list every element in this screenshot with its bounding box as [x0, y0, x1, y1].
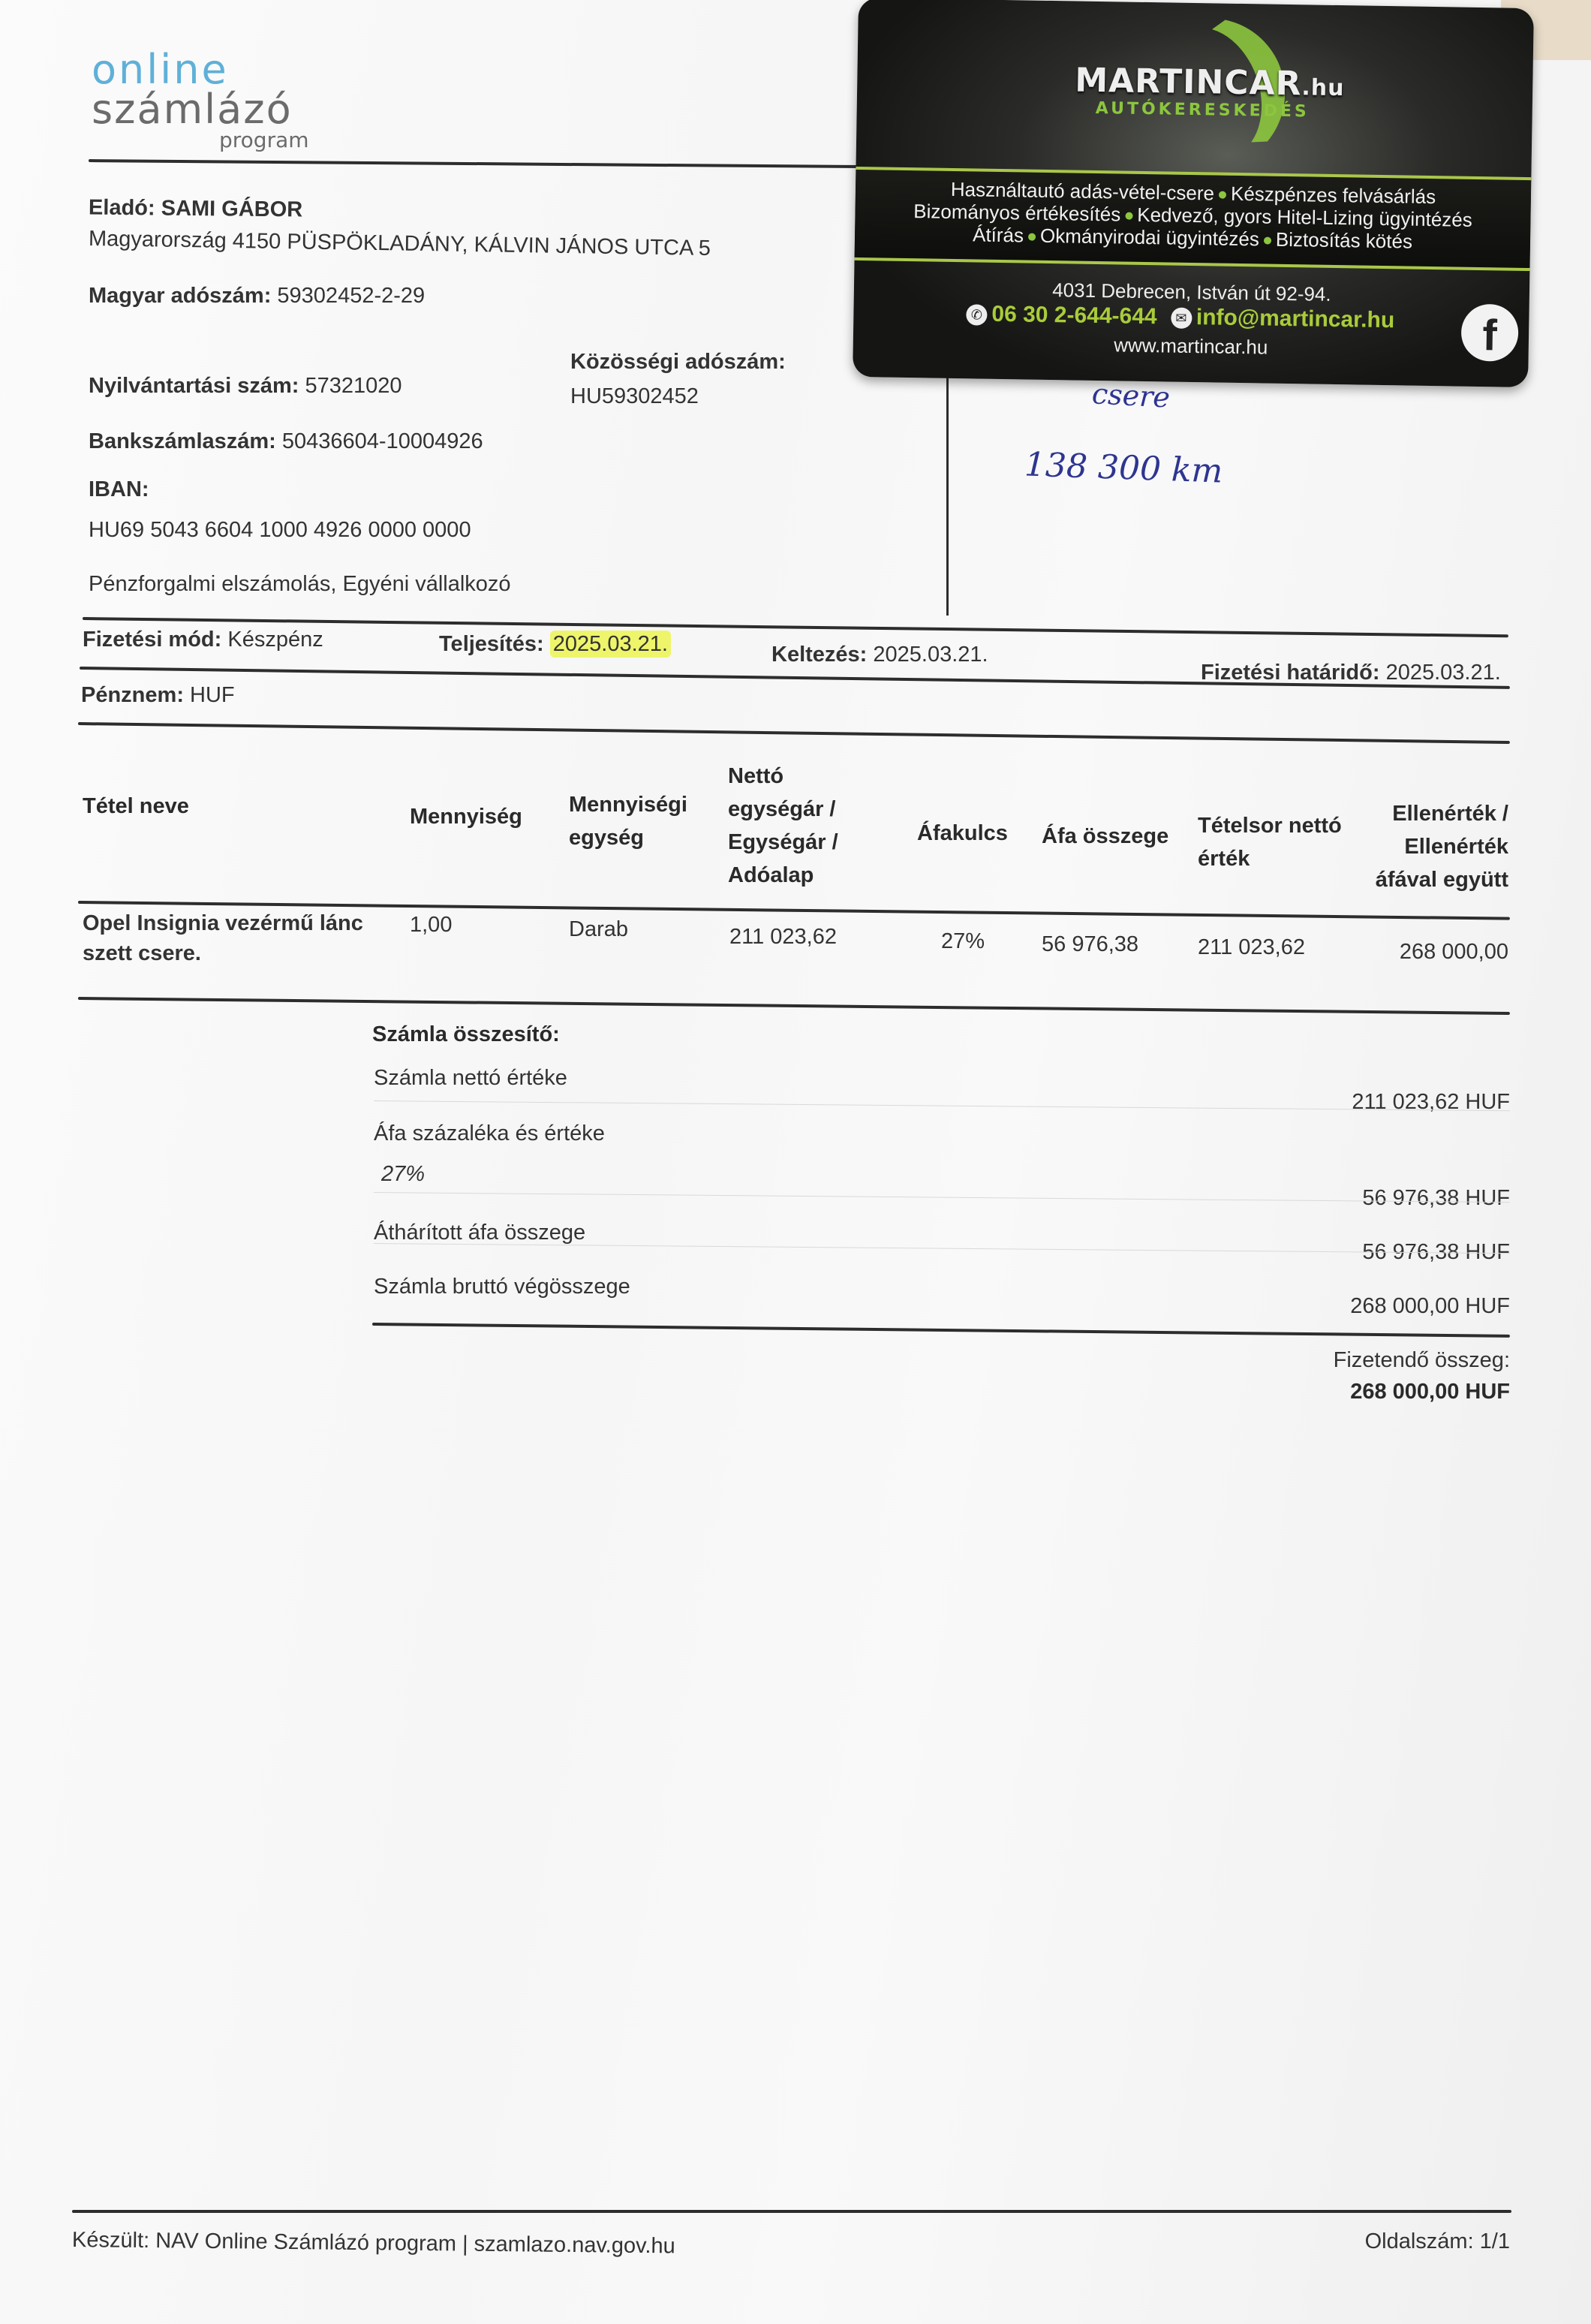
bullet-icon: [1264, 237, 1271, 245]
seller-name: Eladó: SAMI GÁBOR: [89, 196, 303, 223]
phone-icon: ✆: [966, 304, 987, 325]
fulfillment-date: Teljesítés: 2025.03.21.: [439, 632, 671, 657]
summary-net-label: Számla nettó értéke: [374, 1066, 567, 1091]
seller-eu-tax-number: HU59302452: [570, 384, 699, 409]
logo-line-szamlazo: számlázó: [92, 90, 332, 129]
issue-date: Keltezés: 2025.03.21.: [771, 643, 988, 667]
col-header-item-name: Tétel neve: [83, 790, 189, 823]
seller-buyer-divider: [946, 366, 949, 616]
payable-amount: 268 000,00 HUF: [1238, 1380, 1510, 1404]
mail-icon: ✉: [1171, 308, 1192, 329]
bullet-icon: [1125, 212, 1132, 220]
seller-iban-label: IBAN:: [89, 477, 149, 502]
summary-gross-label: Számla bruttó végösszege: [374, 1275, 630, 1299]
item-name: Opel Insignia vezérmű lánc szett csere.: [83, 908, 398, 968]
item-unit-price: 211 023,62: [729, 925, 837, 950]
card-brand: MARTINCAR.hu: [1075, 62, 1345, 104]
seller-tax-regime-note: Pénzforgalmi elszámolás, Egyéni vállalko…: [89, 572, 511, 597]
col-header-net-total: Tételsor nettó érték: [1198, 809, 1363, 875]
summary-gross-value: 268 000,00 HUF: [1276, 1294, 1510, 1319]
handwritten-note-csere: csere: [1091, 377, 1171, 414]
logo-line-online: online: [92, 50, 332, 90]
col-header-gross-total: Ellenérték / Ellenérték áfával együtt: [1351, 797, 1508, 896]
seller-iban: HU69 5043 6604 1000 4926 0000 0000: [89, 518, 471, 543]
item-quantity: 1,00: [410, 913, 452, 938]
item-net-total: 211 023,62: [1198, 935, 1305, 960]
item-gross-total: 268 000,00: [1351, 940, 1508, 965]
card-subtitle: AUTÓKERESKEDÉS: [1096, 99, 1310, 121]
summary-vat-label: Áfa százaléka és értéke: [374, 1121, 605, 1146]
summary-vat-rate: 27%: [381, 1162, 425, 1187]
footer-divider: [72, 2210, 1511, 2213]
summary-title: Számla összesítő:: [372, 1022, 560, 1047]
currency: Pénznem: HUF: [81, 683, 235, 708]
handwritten-mileage: 138 300 km: [1024, 445, 1223, 490]
seller-bank-account: Bankszámlaszám: 50436604-10004926: [89, 429, 483, 454]
item-vat-rate: 27%: [941, 929, 985, 954]
col-header-unit-price: Nettó egységár / Egységár / Adóalap: [728, 760, 871, 892]
summary-vat-value: 56 976,38 HUF: [1276, 1186, 1510, 1211]
summary-net-value: 211 023,62 HUF: [1276, 1090, 1510, 1115]
due-date: Fizetési határidő: 2025.03.21.: [1201, 661, 1501, 685]
item-unit: Darab: [569, 917, 628, 942]
payable-label: Fizetendő összeg:: [1238, 1348, 1510, 1373]
col-header-unit: Mennyiségi egység: [569, 788, 704, 854]
payment-method: Fizetési mód: Készpénz: [83, 628, 323, 652]
footer-page-number: Oldalszám: 1/1: [1276, 2229, 1510, 2254]
seller-eu-tax-label: Közösségi adószám:: [570, 350, 786, 375]
col-header-vat-rate: Áfakulcs: [917, 817, 1008, 850]
martincar-business-card: MARTINCAR.hu AUTÓKERESKEDÉS Használtautó…: [853, 0, 1534, 387]
online-szamlazo-logo: online számlázó program: [92, 50, 332, 155]
seller-tax-number: Magyar adószám: 59302452-2-29: [89, 284, 425, 309]
item-vat-amount: 56 976,38: [1042, 932, 1138, 957]
bullet-icon: [1028, 233, 1036, 241]
highlighted-date: 2025.03.21.: [550, 631, 671, 658]
col-header-quantity: Mennyiség: [410, 800, 522, 833]
seller-registration-number: Nyilvántartási szám: 57321020: [89, 374, 402, 399]
bullet-icon: [1219, 191, 1226, 199]
logo-line-program: program: [219, 129, 332, 152]
card-website: www.martincar.hu: [853, 330, 1529, 363]
col-header-vat-amount: Áfa összege: [1042, 820, 1168, 853]
summary-passed-vat-label: Áthárított áfa összege: [374, 1221, 585, 1245]
